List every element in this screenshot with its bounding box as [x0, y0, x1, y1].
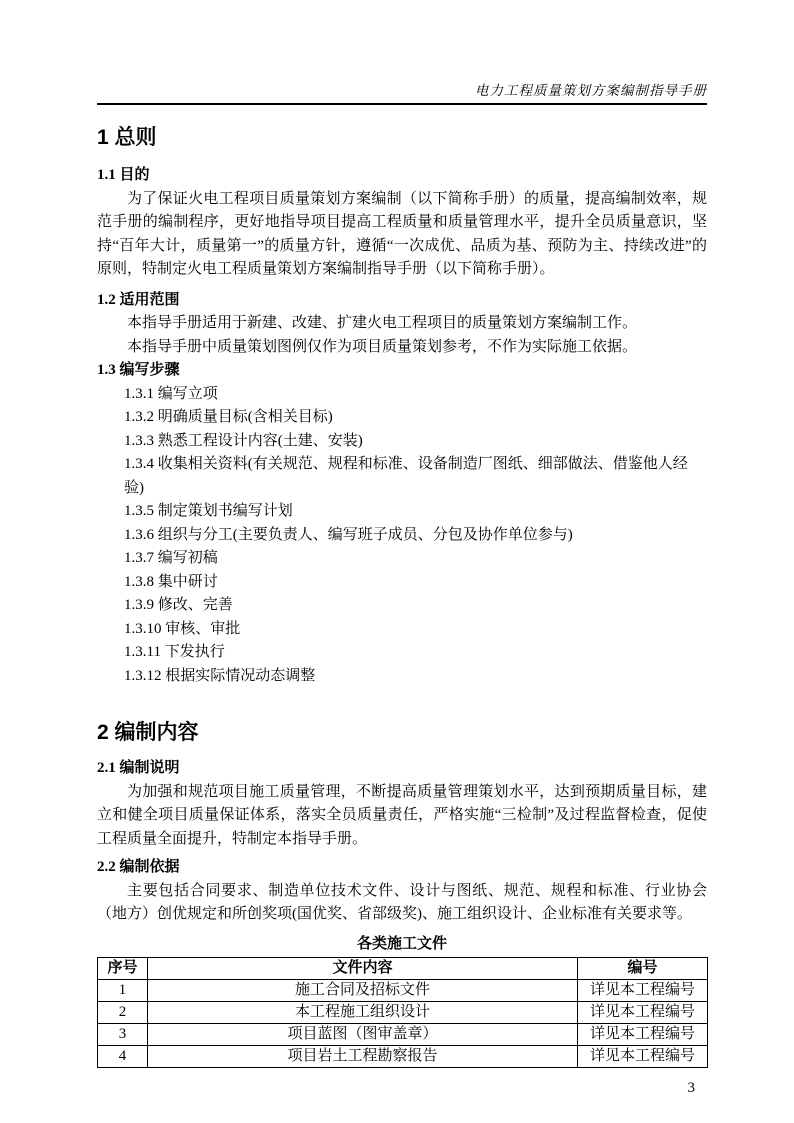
section-2-2-paragraph: 主要包括合同要求、制造单位技术文件、设计与图纸、规范、规程和标准、行业协会（地方… [97, 880, 707, 927]
steps-list: 1.3.1 编写立项 1.3.2 明确质量目标(含相关目标) 1.3.3 熟悉工… [97, 383, 707, 689]
table-header-cell-index: 序号 [98, 957, 148, 979]
section-1-3-heading: 1.3 编写步骤 [97, 359, 707, 383]
table-cell-index: 3 [98, 1023, 148, 1045]
table-header-row: 序号 文件内容 编号 [98, 957, 708, 979]
chapter-1-heading: 1 总则 [97, 123, 707, 153]
page-content: 电力工程质量策划方案编制指导手册 1 总则 1.1 目的 为了保证火电工程项目质… [97, 0, 707, 1097]
step-item: 1.3.4 收集相关资料(有关规范、规程和标准、设备制造厂图纸、细部做法、借鉴他… [97, 453, 707, 500]
step-item: 1.3.5 制定策划书编写计划 [97, 500, 707, 524]
table-cell-index: 2 [98, 1001, 148, 1023]
running-header: 电力工程质量策划方案编制指导手册 [97, 82, 707, 100]
section-2-1-heading: 2.1 编制说明 [97, 757, 707, 781]
step-item: 1.3.3 熟悉工程设计内容(土建、安装) [97, 430, 707, 454]
header-rule [97, 103, 707, 105]
table-cell-index: 4 [98, 1045, 148, 1067]
step-item: 1.3.8 集中研讨 [97, 571, 707, 595]
step-item: 1.3.10 审核、审批 [97, 618, 707, 642]
step-item: 1.3.1 编写立项 [97, 383, 707, 407]
section-1-2-paragraph-2: 本指导手册中质量策划图例仅作为项目质量策划参考，不作为实际施工依据。 [97, 336, 707, 360]
table-cell-content: 项目岩土工程勘察报告 [148, 1045, 578, 1067]
section-2-2-heading: 2.2 编制依据 [97, 856, 707, 880]
construction-documents-table: 序号 文件内容 编号 1 施工合同及招标文件 详见本工程编号 2 本工程施工组织… [97, 957, 708, 1068]
page-number: 3 [97, 1080, 707, 1097]
table-row: 2 本工程施工组织设计 详见本工程编号 [98, 1001, 708, 1023]
table-cell-code: 详见本工程编号 [578, 1023, 708, 1045]
section-2-1-paragraph: 为加强和规范项目施工质量管理，不断提高质量管理策划水平，达到预期质量目标，建立和… [97, 781, 707, 852]
document-page: 电力工程质量策划方案编制指导手册 1 总则 1.1 目的 为了保证火电工程项目质… [0, 0, 794, 1123]
table-cell-content: 本工程施工组织设计 [148, 1001, 578, 1023]
table-caption: 各类施工文件 [97, 933, 707, 955]
table-cell-index: 1 [98, 979, 148, 1001]
table-row: 1 施工合同及招标文件 详见本工程编号 [98, 979, 708, 1001]
table-header-cell-code: 编号 [578, 957, 708, 979]
table-cell-code: 详见本工程编号 [578, 979, 708, 1001]
section-1-1-heading: 1.1 目的 [97, 164, 707, 188]
table-header-cell-content: 文件内容 [148, 957, 578, 979]
table-row: 3 项目蓝图（图审盖章） 详见本工程编号 [98, 1023, 708, 1045]
step-item: 1.3.9 修改、完善 [97, 594, 707, 618]
section-1-1-paragraph: 为了保证火电工程项目质量策划方案编制（以下简称手册）的质量，提高编制效率，规范手… [97, 188, 707, 282]
table-cell-code: 详见本工程编号 [578, 1045, 708, 1067]
step-item: 1.3.2 明确质量目标(含相关目标) [97, 406, 707, 430]
chapter-2-heading: 2 编制内容 [97, 718, 707, 748]
section-1-2-heading: 1.2 适用范围 [97, 289, 707, 313]
table-cell-content: 项目蓝图（图审盖章） [148, 1023, 578, 1045]
table-cell-content: 施工合同及招标文件 [148, 979, 578, 1001]
section-1-2-paragraph-1: 本指导手册适用于新建、改建、扩建火电工程项目的质量策划方案编制工作。 [97, 312, 707, 336]
step-item: 1.3.12 根据实际情况动态调整 [97, 665, 707, 689]
step-item: 1.3.6 组织与分工(主要负责人、编写班子成员、分包及协作单位参与) [97, 524, 707, 548]
table-row: 4 项目岩土工程勘察报告 详见本工程编号 [98, 1045, 708, 1067]
step-item: 1.3.11 下发执行 [97, 641, 707, 665]
table-cell-code: 详见本工程编号 [578, 1001, 708, 1023]
step-item: 1.3.7 编写初稿 [97, 547, 707, 571]
